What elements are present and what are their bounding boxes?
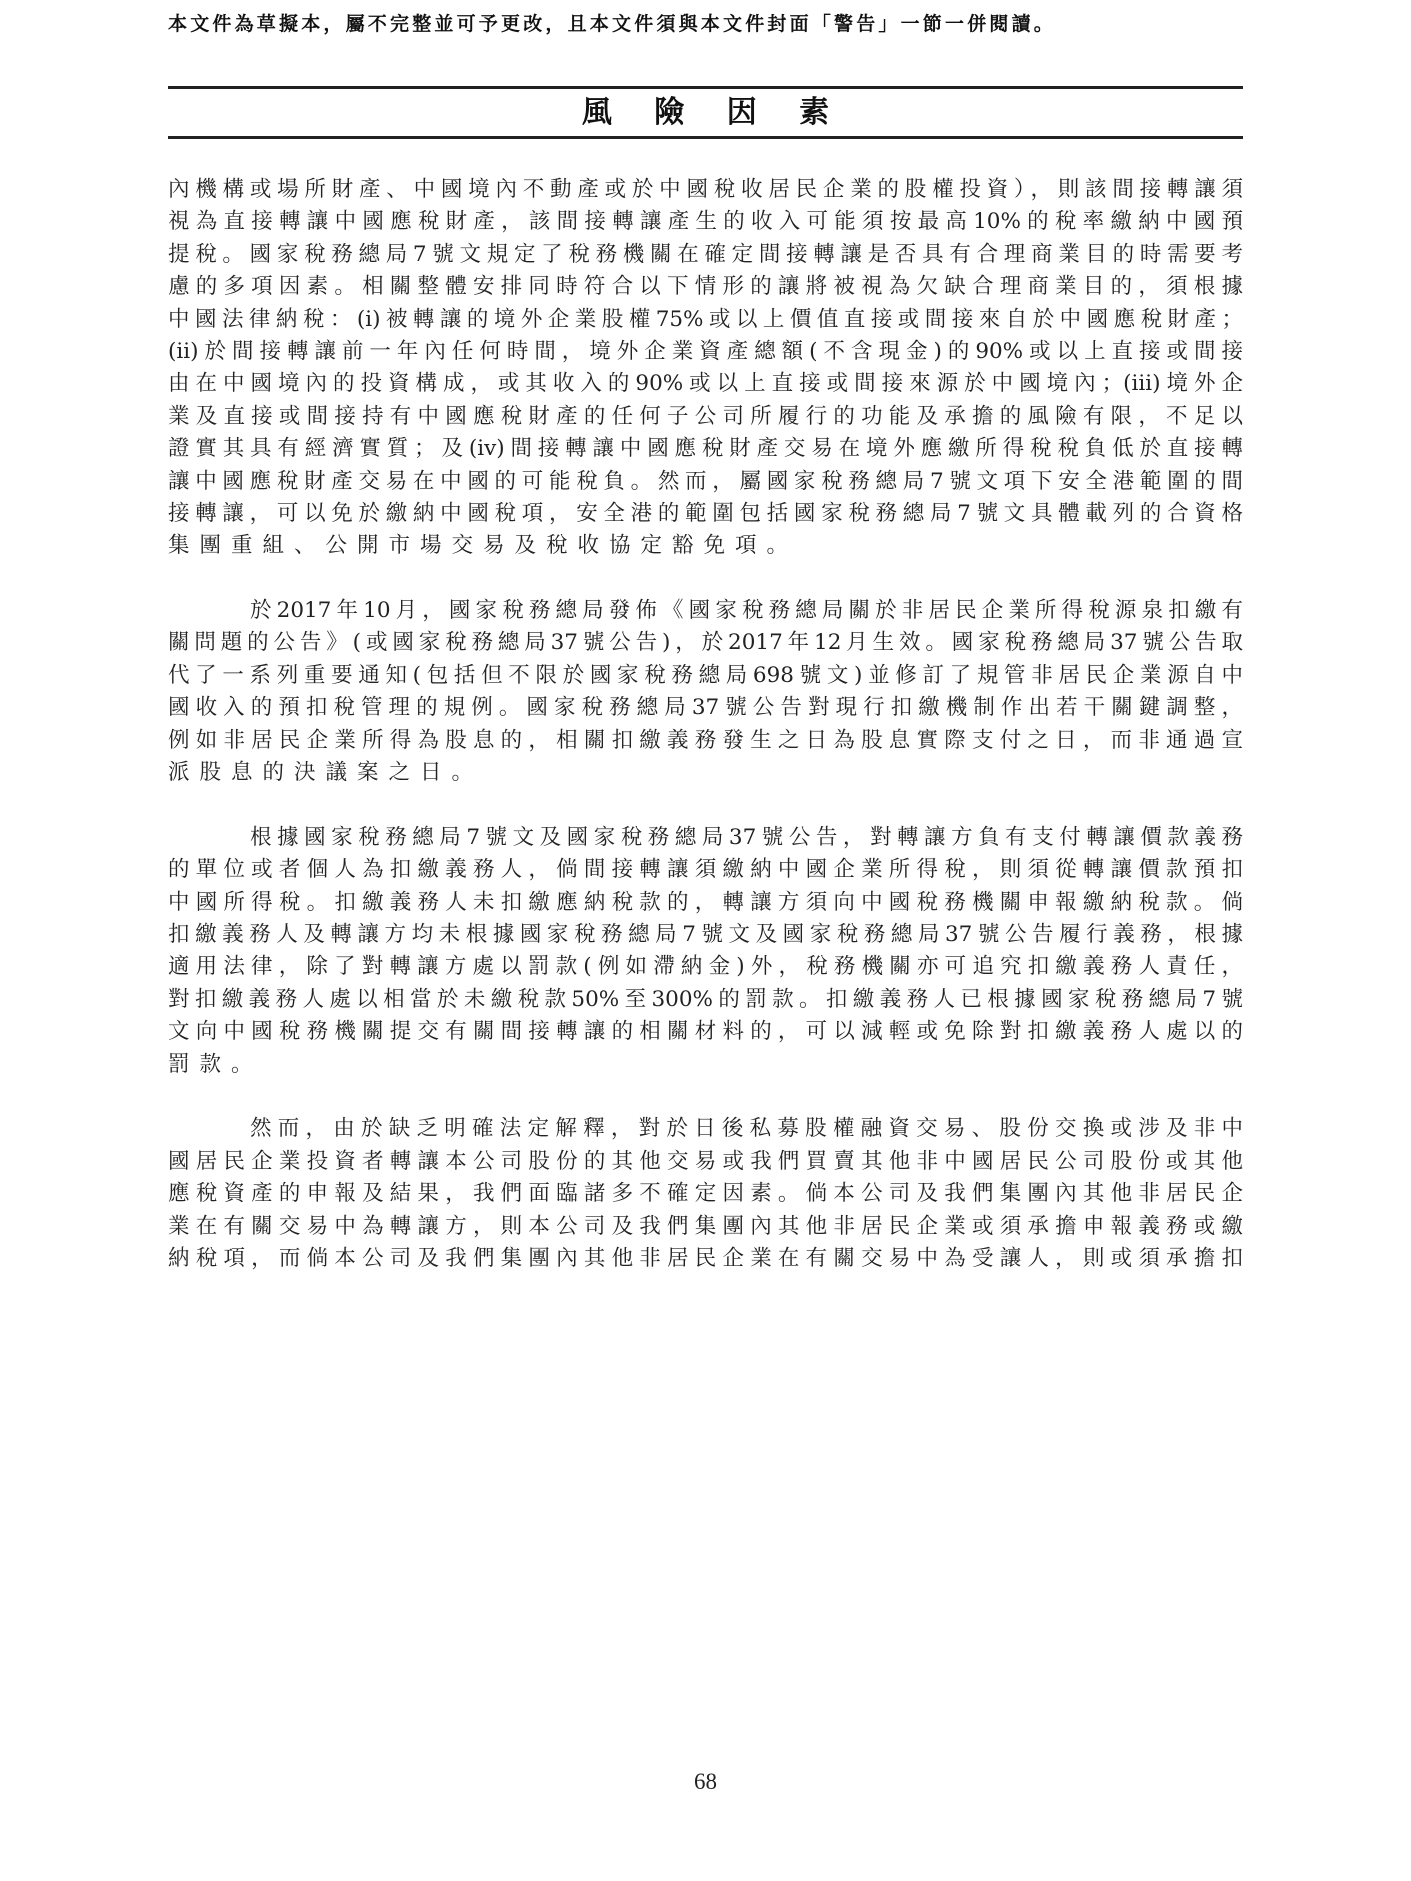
text-line: 扣繳義務人及轉讓方均未根據國家稅務總局7號文及國家稅務總局37號公告履行義務，根… bbox=[168, 919, 1243, 951]
text-line: (ii)於間接轉讓前一年內任何時間，境外企業資產總額(不含現金)的90%或以上直… bbox=[168, 336, 1243, 368]
text-line: 國收入的預扣稅管理的規例。國家稅務總局37號公告對現行扣繳機制作出若干關鍵調整， bbox=[168, 692, 1243, 724]
text-line: 中國法律納稅：(i)被轉讓的境外企業股權75%或以上價值直接或間接來自於中國應稅… bbox=[168, 304, 1243, 336]
section-title: 風 險 因 素 bbox=[168, 92, 1243, 134]
text-line: 由在中國境內的投資構成，或其收入的90%或以上直接或間接來源於中國境內；(iii… bbox=[168, 368, 1243, 400]
text-line: 內機構或場所財產、中國境內不動產或於中國稅收居民企業的股權投資），則該間接轉讓須 bbox=[168, 174, 1243, 206]
title-rule-top bbox=[168, 86, 1243, 89]
page-number: 68 bbox=[0, 1768, 1411, 1796]
text-line: 罰款。 bbox=[168, 1049, 1243, 1081]
text-line: 派股息的決議案之日。 bbox=[168, 757, 1243, 789]
text-line: 代了一系列重要通知(包括但不限於國家稅務總局698號文)並修訂了規管非居民企業源… bbox=[168, 660, 1243, 692]
text-line: 納稅項，而倘本公司及我們集團內其他非居民企業在有關交易中為受讓人，則或須承擔扣 bbox=[168, 1243, 1243, 1275]
text-line: 提稅。國家稅務總局7號文規定了稅務機關在確定間接轉讓是否具有合理商業目的時需要考 bbox=[168, 239, 1243, 271]
text-line: 業在有關交易中為轉讓方，則本公司及我們集團內其他非居民企業或須承擔申報義務或繳 bbox=[168, 1211, 1243, 1243]
text-line: 根據國家稅務總局7號文及國家稅務總局37號公告，對轉讓方負有支付轉讓價款義務 bbox=[168, 822, 1243, 854]
text-line: 視為直接轉讓中國應稅財產，該間接轉讓產生的收入可能須按最高10%的稅率繳納中國預 bbox=[168, 206, 1243, 238]
paragraph-3: 根據國家稅務總局7號文及國家稅務總局37號公告，對轉讓方負有支付轉讓價款義務 的… bbox=[168, 822, 1243, 1081]
text-line: 中國所得稅。扣繳義務人未扣繳應納稅款的，轉讓方須向中國稅務機關申報繳納稅款。倘 bbox=[168, 887, 1243, 919]
text-line: 適用法律，除了對轉讓方處以罰款(例如滯納金)外，稅務機關亦可追究扣繳義務人責任， bbox=[168, 951, 1243, 983]
text-line: 應稅資產的申報及結果，我們面臨諸多不確定因素。倘本公司及我們集團內其他非居民企 bbox=[168, 1178, 1243, 1210]
text-line: 然而，由於缺乏明確法定解釋，對於日後私募股權融資交易、股份交換或涉及非中 bbox=[168, 1113, 1243, 1145]
text-line: 讓中國應稅財產交易在中國的可能稅負。然而，屬國家稅務總局7號文項下安全港範圍的間 bbox=[168, 466, 1243, 498]
document-page: 本文件為草擬本，屬不完整並可予更改，且本文件須與本文件封面「警告」一節一併閱讀。… bbox=[0, 0, 1411, 1881]
text-line: 國居民企業投資者轉讓本公司股份的其他交易或我們買賣其他非中國居民公司股份或其他 bbox=[168, 1146, 1243, 1178]
paragraph-1: 內機構或場所財產、中國境內不動產或於中國稅收居民企業的股權投資），則該間接轉讓須… bbox=[168, 174, 1243, 563]
text-line: 集團重組、公開市場交易及稅收協定豁免項。 bbox=[168, 530, 1243, 562]
text-line: 關問題的公告》(或國家稅務總局37號公告)，於2017年12月生效。國家稅務總局… bbox=[168, 627, 1243, 659]
text-line: 例如非居民企業所得為股息的，相關扣繳義務發生之日為股息實際支付之日，而非通過宣 bbox=[168, 725, 1243, 757]
text-line: 慮的多項因素。相關整體安排同時符合以下情形的讓將被視為欠缺合理商業目的，須根據 bbox=[168, 271, 1243, 303]
text-line: 於2017年10月，國家稅務總局發佈《國家稅務總局關於非居民企業所得稅源泉扣繳有 bbox=[168, 595, 1243, 627]
paragraph-4: 然而，由於缺乏明確法定解釋，對於日後私募股權融資交易、股份交換或涉及非中 國居民… bbox=[168, 1113, 1243, 1275]
body-text: 內機構或場所財產、中國境內不動產或於中國稅收居民企業的股權投資），則該間接轉讓須… bbox=[168, 174, 1243, 1308]
text-line: 對扣繳義務人處以相當於未繳稅款50%至300%的罰款。扣繳義務人已根據國家稅務總… bbox=[168, 984, 1243, 1016]
text-line: 證實其具有經濟實質；及(iv)間接轉讓中國應稅財產交易在境外應繳所得稅稅負低於直… bbox=[168, 433, 1243, 465]
text-line: 接轉讓，可以免於繳納中國稅項，安全港的範圍包括國家稅務總局7號文具體載列的合資格 bbox=[168, 498, 1243, 530]
text-line: 的單位或者個人為扣繳義務人，倘間接轉讓須繳納中國企業所得稅，則須從轉讓價款預扣 bbox=[168, 854, 1243, 886]
draft-notice: 本文件為草擬本，屬不完整並可予更改，且本文件須與本文件封面「警告」一節一併閱讀。 bbox=[168, 10, 1243, 38]
text-line: 文向中國稅務機關提交有關間接轉讓的相關材料的，可以減輕或免除對扣繳義務人處以的 bbox=[168, 1016, 1243, 1048]
paragraph-2: 於2017年10月，國家稅務總局發佈《國家稅務總局關於非居民企業所得稅源泉扣繳有… bbox=[168, 595, 1243, 789]
text-line: 業及直接或間接持有中國應稅財產的任何子公司所履行的功能及承擔的風險有限，不足以 bbox=[168, 401, 1243, 433]
title-rule-bottom bbox=[168, 136, 1243, 139]
